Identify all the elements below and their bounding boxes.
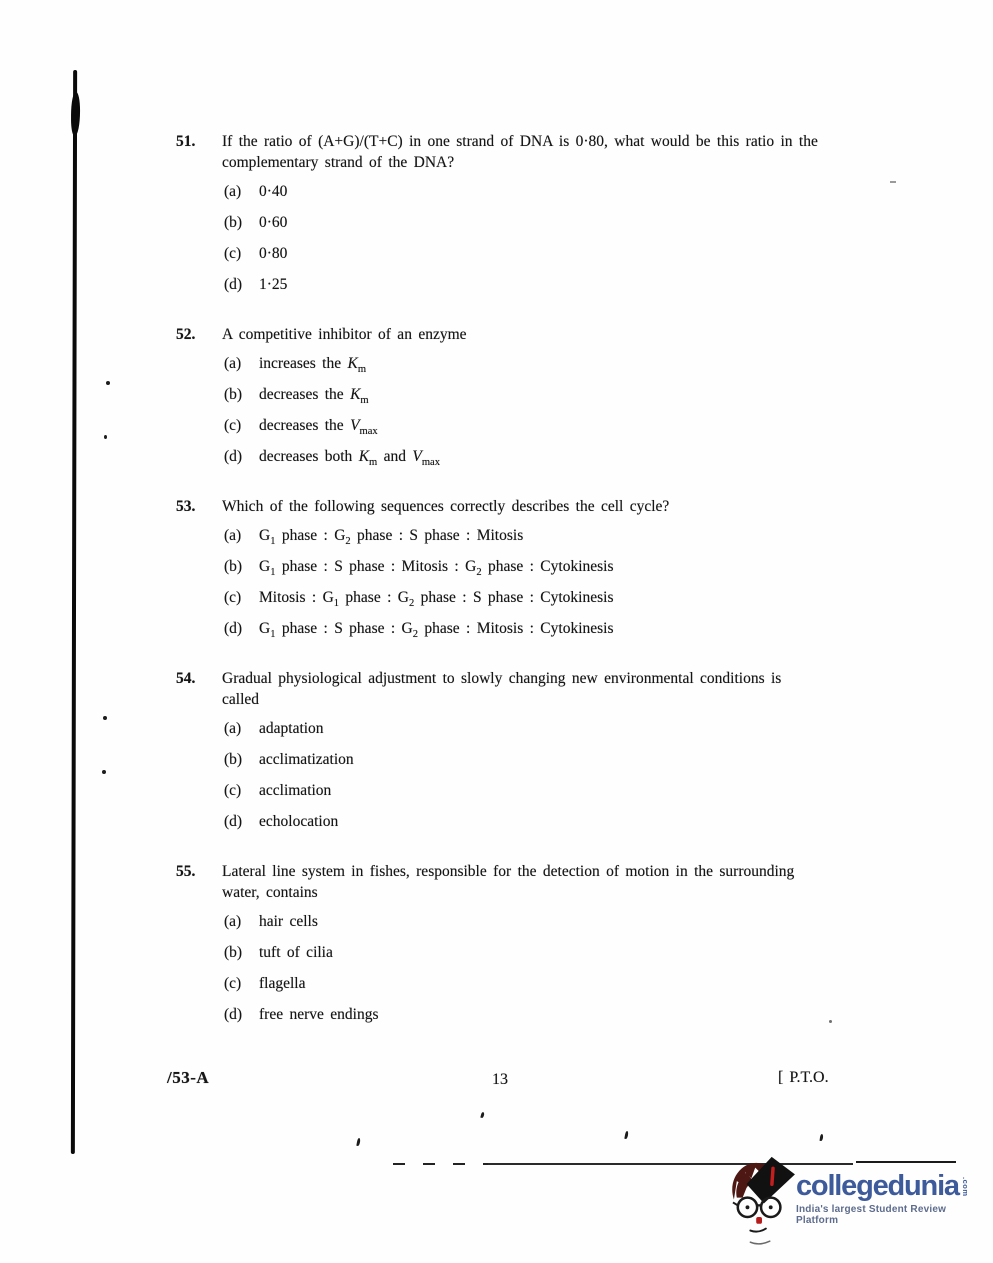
option-text: G1 phase : G2 phase : S phase : Mitosis [259, 525, 523, 546]
option-text: G1 phase : S phase : G2 phase : Mitosis … [259, 618, 614, 639]
scan-speck [829, 1020, 832, 1023]
scan-speck [104, 435, 107, 439]
scan-speck [624, 1131, 628, 1139]
option-text: decreases the Vmax [259, 415, 378, 436]
option-row: (a) increases the Km [224, 353, 852, 374]
collegedunia-mascot-icon [726, 1155, 798, 1247]
collegedunia-brand-text: collegedunia [796, 1171, 959, 1201]
option-text: Mitosis : G1 phase : G2 phase : S phase … [259, 587, 614, 608]
option-label: (c) [224, 243, 259, 264]
option-text: free nerve endings [259, 1004, 378, 1025]
option-row: (a) 0·40 [224, 181, 852, 202]
option-label: (b) [224, 384, 259, 405]
question-block: 51. If the ratio of (A+G)/(T+C) in one s… [176, 131, 852, 295]
question-text-line: Lateral line system in fishes, responsib… [222, 861, 852, 882]
option-label: (a) [224, 911, 259, 932]
question-text-line: Which of the following sequences correct… [222, 496, 852, 517]
option-label: (c) [224, 587, 259, 608]
option-row: (b) G1 phase : S phase : Mitosis : G2 ph… [224, 556, 852, 577]
option-row: (b) 0·60 [224, 212, 852, 233]
option-label: (b) [224, 749, 259, 770]
option-row: (b) acclimatization [224, 749, 852, 770]
option-text: decreases the Km [259, 384, 369, 405]
option-label: (c) [224, 415, 259, 436]
option-row: (c) Mitosis : G1 phase : G2 phase : S ph… [224, 587, 852, 608]
option-text: increases the Km [259, 353, 366, 374]
question-text-line: water, contains [222, 882, 852, 903]
option-row: (c) flagella [224, 973, 852, 994]
question-text-line: complementary strand of the DNA? [222, 152, 852, 173]
option-row: (a) adaptation [224, 718, 852, 739]
questions-list: 51. If the ratio of (A+G)/(T+C) in one s… [176, 131, 852, 1025]
question-text: A competitive inhibitor of an enzyme [222, 324, 852, 345]
option-row: (c) decreases the Vmax [224, 415, 852, 436]
option-row: (a) hair cells [224, 911, 852, 932]
option-text: flagella [259, 973, 305, 994]
option-text: 0·40 [259, 181, 287, 202]
option-label: (c) [224, 780, 259, 801]
question-text: If the ratio of (A+G)/(T+C) in one stran… [222, 131, 852, 173]
question-text: Which of the following sequences correct… [222, 496, 852, 517]
option-label: (a) [224, 718, 259, 739]
options-list: (a) G1 phase : G2 phase : S phase : Mito… [224, 525, 852, 639]
option-label: (a) [224, 353, 259, 374]
scan-speck [106, 381, 110, 385]
option-text: G1 phase : S phase : Mitosis : G2 phase … [259, 556, 614, 577]
option-row: (b) decreases the Km [224, 384, 852, 405]
option-label: (b) [224, 556, 259, 577]
options-list: (a) hair cells (b) tuft of cilia (c) fla… [224, 911, 852, 1025]
option-text: decreases both Km and Vmax [259, 446, 440, 467]
option-label: (d) [224, 1004, 259, 1025]
question-number: 54. [176, 668, 222, 710]
scan-speck [356, 1138, 360, 1146]
option-text: 0·80 [259, 243, 287, 264]
pto-label: [ P.T.O. [778, 1069, 829, 1087]
paper-code: /53-A [167, 1068, 209, 1088]
question-block: 54. Gradual physiological adjustment to … [176, 668, 852, 832]
option-row: (c) acclimation [224, 780, 852, 801]
options-list: (a) adaptation (b) acclimatization (c) a… [224, 718, 852, 832]
option-row: (d) free nerve endings [224, 1004, 852, 1025]
question-text-line: If the ratio of (A+G)/(T+C) in one stran… [222, 131, 852, 152]
option-row: (d) echolocation [224, 811, 852, 832]
option-text: echolocation [259, 811, 338, 832]
option-row: (c) 0·80 [224, 243, 852, 264]
scan-speck [480, 1112, 484, 1119]
question-text-line: A competitive inhibitor of an enzyme [222, 324, 852, 345]
option-label: (d) [224, 811, 259, 832]
option-text: acclimatization [259, 749, 354, 770]
scan-speck [103, 716, 107, 720]
scanned-exam-page: 51. If the ratio of (A+G)/(T+C) in one s… [0, 0, 993, 1263]
option-text: 1·25 [259, 274, 287, 295]
question-text-line: called [222, 689, 852, 710]
option-text: acclimation [259, 780, 331, 801]
collegedunia-logo[interactable]: collegedunia .com India's largest Studen… [726, 1153, 978, 1253]
question-number: 53. [176, 496, 222, 517]
collegedunia-brand-suffix: .com [961, 1177, 970, 1197]
question-text: Lateral line system in fishes, responsib… [222, 861, 852, 903]
option-label: (d) [224, 618, 259, 639]
options-list: (a) 0·40 (b) 0·60 (c) 0·80 (d) 1·25 [224, 181, 852, 295]
option-row: (d) G1 phase : S phase : G2 phase : Mito… [224, 618, 852, 639]
question-block: 55. Lateral line system in fishes, respo… [176, 861, 852, 1025]
question-number: 51. [176, 131, 222, 173]
scan-speck [890, 181, 896, 183]
option-label: (a) [224, 525, 259, 546]
option-row: (d) 1·25 [224, 274, 852, 295]
option-label: (c) [224, 973, 259, 994]
scan-dashed-line [393, 1163, 488, 1165]
option-label: (a) [224, 181, 259, 202]
option-row: (a) G1 phase : G2 phase : S phase : Mito… [224, 525, 852, 546]
option-label: (b) [224, 212, 259, 233]
page-number: 13 [492, 1071, 508, 1089]
scan-binding-edge-line [71, 70, 77, 1154]
option-label: (d) [224, 274, 259, 295]
question-number: 55. [176, 861, 222, 903]
question-block: 53. Which of the following sequences cor… [176, 496, 852, 639]
option-label: (b) [224, 942, 259, 963]
option-label: (d) [224, 446, 259, 467]
option-text: 0·60 [259, 212, 287, 233]
option-text: adaptation [259, 718, 324, 739]
question-block: 52. A competitive inhibitor of an enzyme… [176, 324, 852, 467]
scan-speck [820, 1134, 824, 1141]
option-text: hair cells [259, 911, 318, 932]
collegedunia-logo-text: collegedunia .com India's largest Studen… [796, 1171, 978, 1226]
option-row: (d) decreases both Km and Vmax [224, 446, 852, 467]
option-row: (b) tuft of cilia [224, 942, 852, 963]
questions-area: 51. If the ratio of (A+G)/(T+C) in one s… [176, 131, 852, 1054]
options-list: (a) increases the Km (b) decreases the K… [224, 353, 852, 467]
question-text: Gradual physiological adjustment to slow… [222, 668, 852, 710]
question-number: 52. [176, 324, 222, 345]
option-text: tuft of cilia [259, 942, 333, 963]
question-text-line: Gradual physiological adjustment to slow… [222, 668, 852, 689]
collegedunia-tagline: India's largest Student Review Platform [796, 1204, 978, 1226]
scan-speck [102, 770, 106, 774]
